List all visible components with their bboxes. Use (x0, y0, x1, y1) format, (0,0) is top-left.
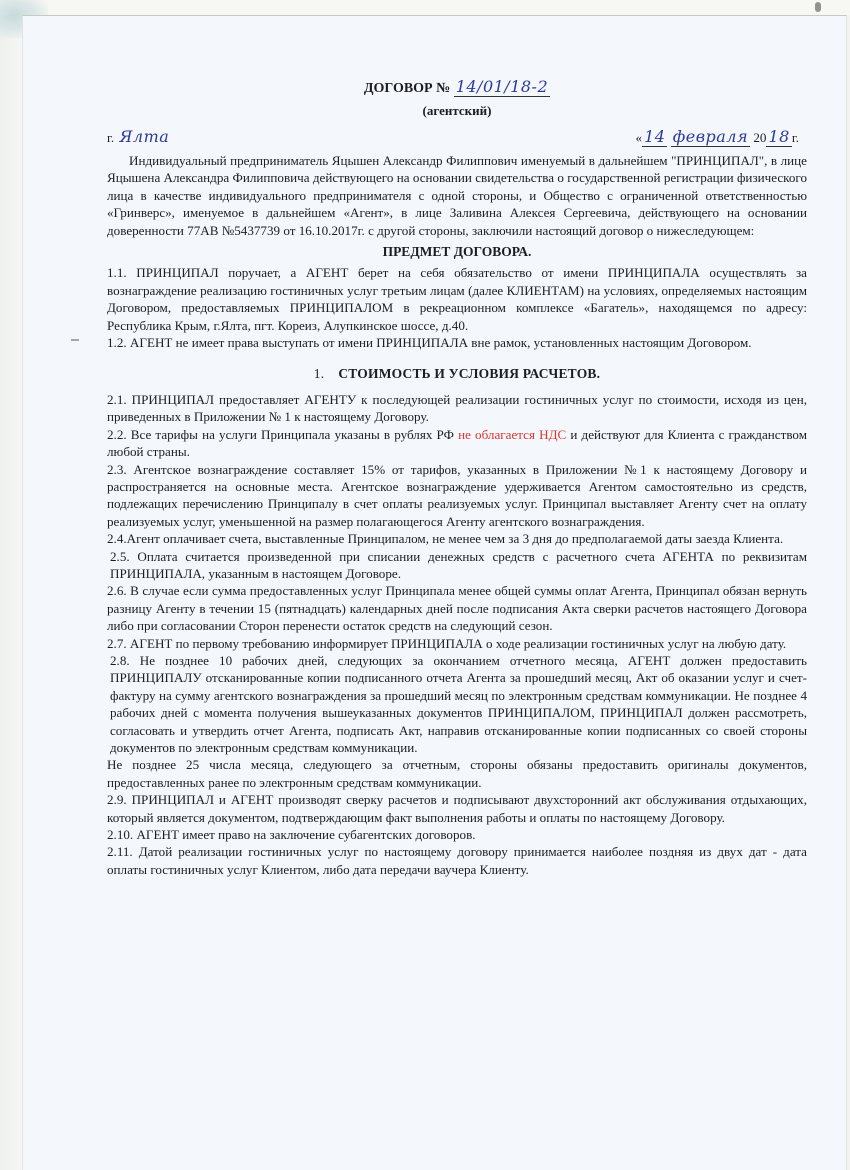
clause-2-10: 2.10. АГЕНТ имеет право на заключение су… (107, 826, 807, 843)
clause-2-8: 2.8. Не позднее 10 рабочих дней, следующ… (107, 652, 807, 756)
contract-number-handwritten: 14/01/18-2 (454, 77, 550, 97)
margin-pen-mark (71, 339, 79, 341)
clause-1-1: 1.1. ПРИНЦИПАЛ поручает, а АГЕНТ берет н… (107, 264, 807, 334)
title-prefix: ДОГОВОР № (364, 81, 450, 96)
contract-title: ДОГОВОР № 14/01/18-2 (107, 78, 807, 102)
date-year-handwritten: 18 (766, 127, 791, 147)
clause-2-7: 2.7. АГЕНТ по первому требованию информи… (107, 635, 807, 652)
scan-margin-top (0, 0, 850, 15)
section-1-title: ПРЕДМЕТ ДОГОВОРА. (107, 243, 807, 260)
clause-2-3: 2.3. Агентское вознаграждение составляет… (107, 461, 807, 531)
vat-exempt-highlight: не облагается НДС (458, 427, 566, 442)
clause-2-2: 2.2. Все тарифы на услуги Принципала ука… (107, 426, 807, 461)
place-date-row: г. Ялта «14 февраля 2018г. (107, 124, 807, 146)
contract-subtitle: (агентский) (107, 102, 807, 124)
date-block: «14 февраля 2018г. (636, 128, 799, 146)
city-handwritten: Ялта (117, 127, 171, 146)
clause-1-2: 1.2. АГЕНТ не имеет права выступать от и… (107, 334, 807, 351)
document-page: ДОГОВОР № 14/01/18-2 (агентский) г. Ялта… (22, 15, 847, 1170)
section-2-number: 1. (314, 366, 325, 381)
clause-2-6: 2.6. В случае если сумма предоставленных… (107, 582, 807, 634)
section-2-title: 1.СТОИМОСТЬ И УСЛОВИЯ РАСЧЕТОВ. (107, 365, 807, 382)
document-content: ДОГОВОР № 14/01/18-2 (агентский) г. Ялта… (107, 78, 807, 878)
clause-2-9: 2.9. ПРИНЦИПАЛ и АГЕНТ производят сверку… (107, 791, 807, 826)
date-year-postfix: г. (792, 130, 799, 145)
city-prefix: г. (107, 130, 114, 145)
clause-2-11: 2.11. Датой реализации гостиничных услуг… (107, 843, 807, 878)
clause-2-1: 2.1. ПРИНЦИПАЛ предоставляет АГЕНТУ к по… (107, 391, 807, 426)
city-block: г. Ялта (107, 128, 171, 146)
clause-2-2-before: 2.2. Все тарифы на услуги Принципала ука… (107, 427, 458, 442)
date-month-handwritten: февраля (671, 127, 750, 147)
date-day-handwritten: 14 (642, 127, 667, 147)
scan-margin-left (0, 0, 22, 1170)
clause-2-5: 2.5. Оплата считается произведенной при … (107, 548, 807, 583)
date-year-prefix: 20 (753, 130, 766, 145)
section-2-title-text: СТОИМОСТЬ И УСЛОВИЯ РАСЧЕТОВ. (338, 366, 600, 381)
preamble-paragraph: Индивидуальный предприниматель Яцышен Ал… (107, 152, 807, 239)
scan-dot-mark (815, 2, 821, 12)
clause-2-8-continuation: Не позднее 25 числа месяца, следующего з… (107, 756, 807, 791)
clause-2-4: 2.4.Агент оплачивает счета, выставленные… (107, 530, 807, 547)
